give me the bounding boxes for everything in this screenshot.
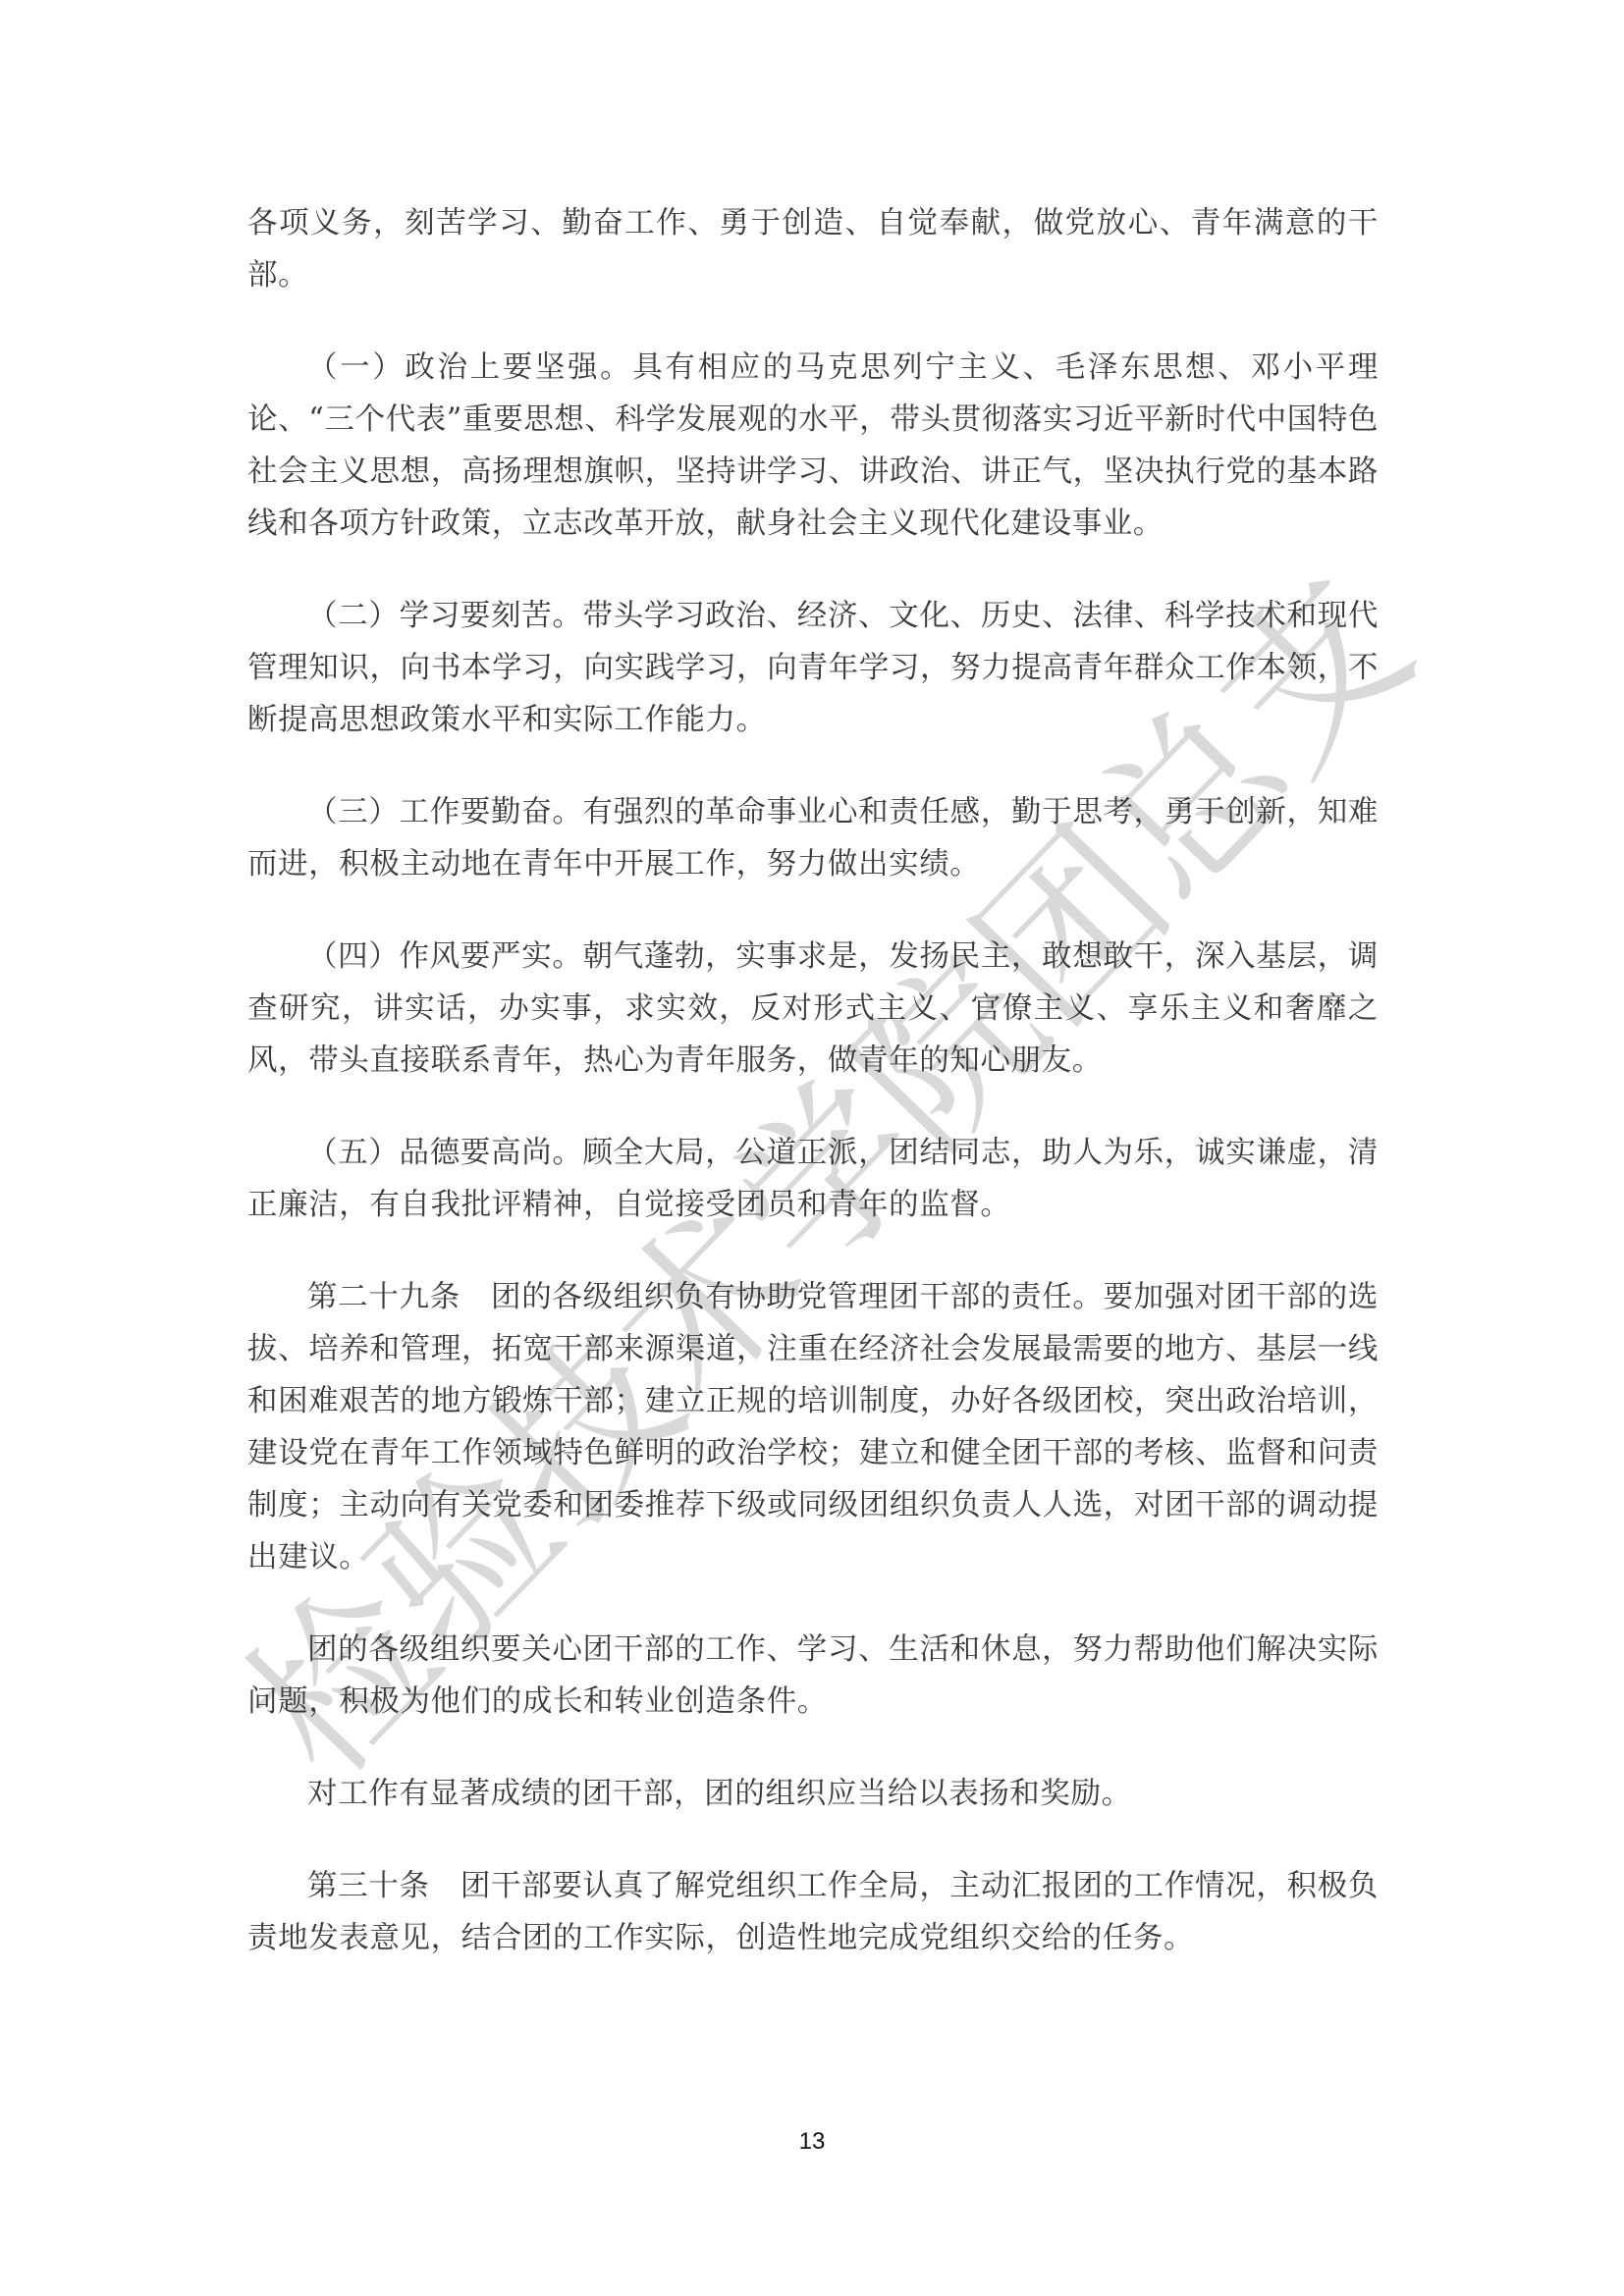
page-number: 13 [0,2128,1624,2156]
paragraph-item-3-work: （三）工作要勤奋。有强烈的革命事业心和责任感，勤于思考，勇于创新，知难而进，积极… [247,786,1379,890]
paragraph-item-4-style: （四）作风要严实。朝气蓬勃，实事求是，发扬民主，敢想敢干，深入基层，调查研究，讲… [247,931,1379,1087]
paragraph-article-29: 第二十九条 团的各级组织负有协助党管理团干部的责任。要加强对团干部的选拔、培养和… [247,1271,1379,1583]
document-page: 检验技术学院团总支 各项义务，刻苦学习、勤奋工作、勇于创造、自觉奉献，做党放心、… [0,0,1624,2296]
paragraph-article-30: 第三十条 团干部要认真了解党组织工作全局，主动汇报团的工作情况，积极负责地发表意… [247,1860,1379,1964]
paragraph-article-29-reward: 对工作有显著成绩的团干部，团的组织应当给以表扬和奖励。 [247,1768,1379,1820]
paragraph-continuation: 各项义务，刻苦学习、勤奋工作、勇于创造、自觉奉献，做党放心、青年满意的干部。 [247,197,1379,301]
body-text: 各项义务，刻苦学习、勤奋工作、勇于创造、自觉奉献，做党放心、青年满意的干部。 （… [247,197,1379,2004]
paragraph-item-5-morality: （五）品德要高尚。顾全大局，公道正派，团结同志，助人为乐，诚实谦虚，清正廉洁，有… [247,1127,1379,1231]
paragraph-item-1-political: （一）政治上要坚强。具有相应的马克思列宁主义、毛泽东思想、邓小平理论、“三个代表… [247,342,1379,550]
paragraph-article-29-care: 团的各级组织要关心团干部的工作、学习、生活和休息，努力帮助他们解决实际问题，积极… [247,1624,1379,1728]
paragraph-item-2-study: （二）学习要刻苦。带头学习政治、经济、文化、历史、法律、科学技术和现代管理知识，… [247,590,1379,746]
